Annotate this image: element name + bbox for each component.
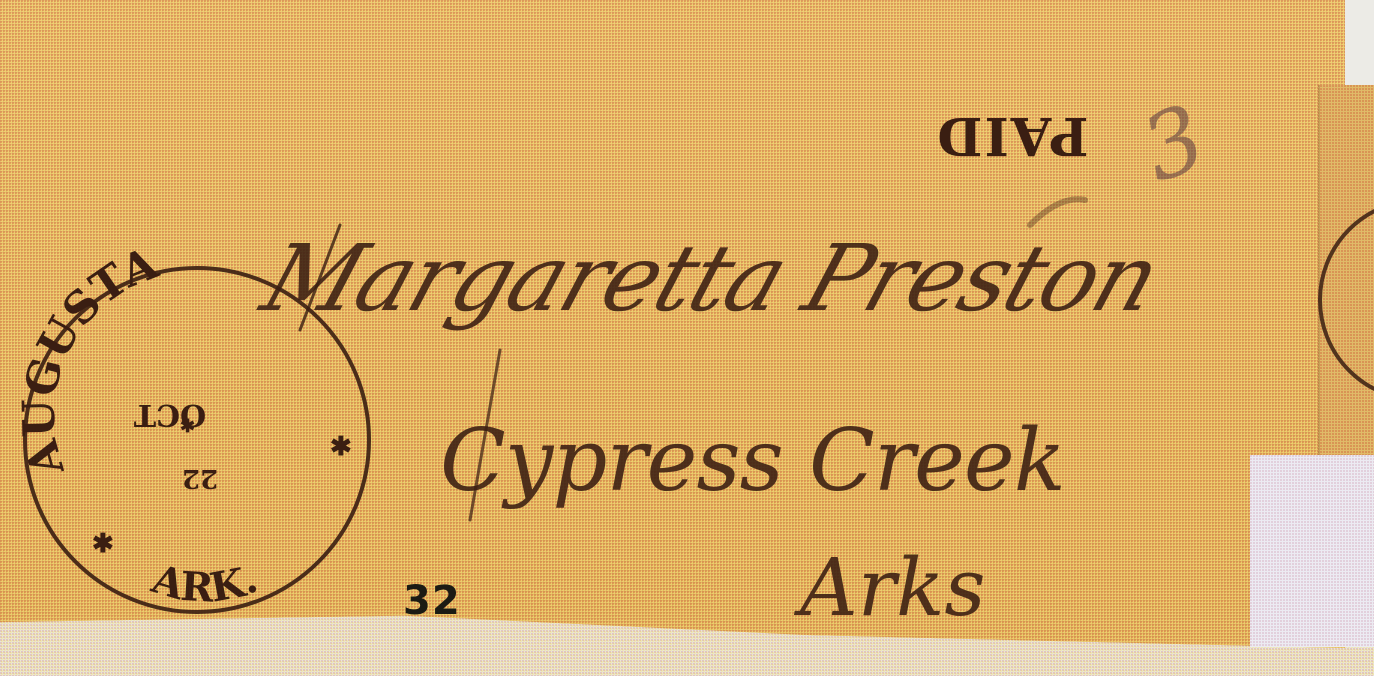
lot-number: 32 bbox=[403, 578, 461, 624]
partial-postmark-right bbox=[0, 0, 1374, 676]
